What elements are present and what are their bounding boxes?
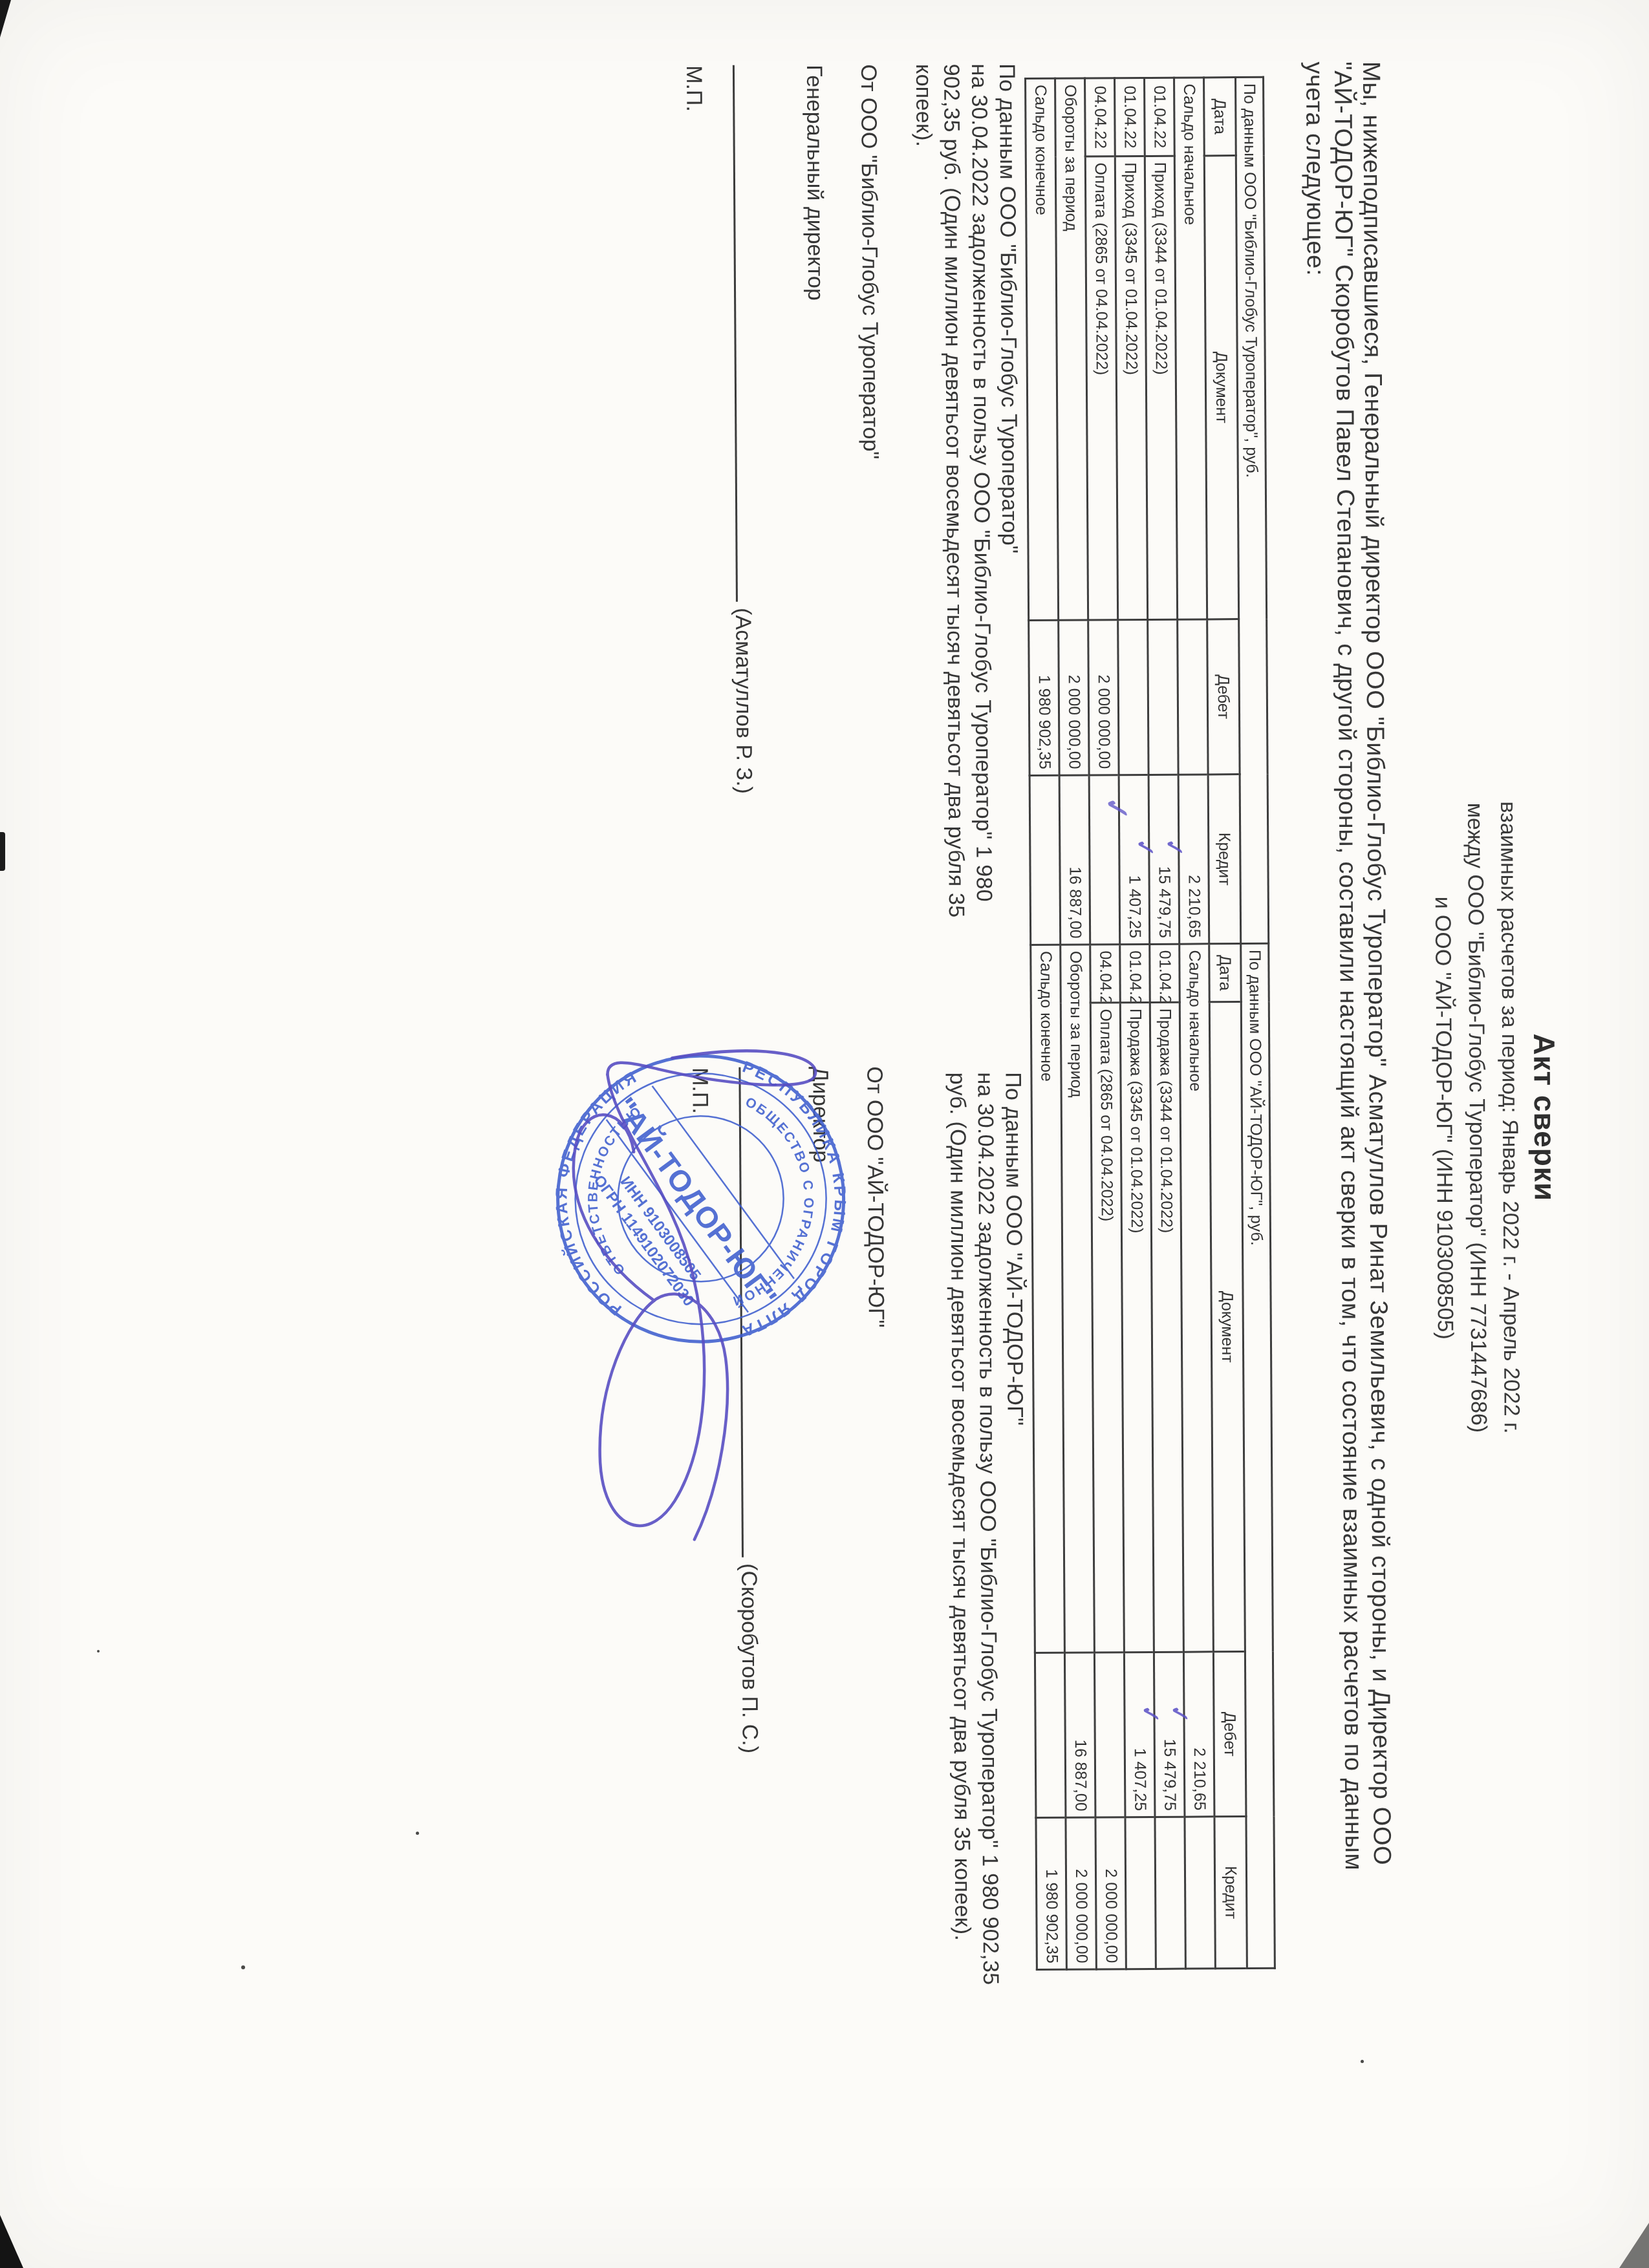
signature-block-right: От ООО "АЙ-ТОДОР-ЮГ" Директор (Скоробуто… — [673, 1066, 893, 2076]
signature-line-left: (Асматуллов Р. З.) — [727, 65, 759, 794]
col-debit-right: Дебет — [1213, 1652, 1246, 1817]
col-debit-left: Дебет — [1207, 619, 1240, 775]
signer-name-right: (Скоробутов П. С.) — [737, 1563, 762, 1753]
scan-artifact-top-left — [0, 0, 11, 37]
signature-line-right: (Скоробутов П. С.) — [733, 1067, 764, 1754]
org-from-left: От ООО "Библио-Глобус Туроператор" — [856, 64, 883, 459]
scan-speck — [1361, 2060, 1364, 2063]
col-credit-left: Кредит — [1208, 775, 1241, 944]
svg-text:РОССИЙСКАЯ ФЕДЕРАЦИЯ: РОССИЙСКАЯ ФЕДЕРАЦИЯ — [552, 1067, 643, 1320]
scan-artifact-edge-mark — [0, 832, 5, 871]
left-org-header: По данным ООО "Библио-Глобус Туроператор… — [1236, 77, 1269, 943]
scan-artifact-bottom-left — [0, 2215, 23, 2268]
check-icon: ✓ — [1135, 1704, 1165, 1724]
svg-text:ОТВЕТСТВЕННОСТЬЮ: ОТВЕТСТВЕННОСТЬЮ — [585, 1103, 647, 1278]
signature-underline — [738, 1067, 763, 1557]
rotated-scan-content: Акт сверки взаимных расчетов за период: … — [0, 0, 1649, 2268]
col-date-left: Дата — [1204, 78, 1236, 156]
document-header: Акт сверки взаимных расчетов за период: … — [1421, 41, 1570, 2194]
stamp-inner-bottom-text: ОТВЕТСТВЕННОСТЬЮ — [585, 1103, 647, 1278]
role-left: Генеральный директор — [801, 65, 828, 301]
conclusion-left: По данным ООО "Библио-Глобус Туроператор… — [909, 63, 1026, 1047]
check-icon: ✓ — [1130, 838, 1160, 857]
scan-artifact-bottom-right — [1619, 2223, 1649, 2268]
document-sheet: Акт сверки взаимных расчетов за период: … — [0, 0, 1649, 2268]
conclusion-right: По данным ООО "АЙ-ТОДОР-ЮГ" на 30.04.202… — [943, 1072, 1033, 2081]
check-icon: ✓ — [1159, 838, 1189, 857]
signature-block-left: От ООО "Библио-Глобус Туроператор" Генер… — [667, 64, 887, 1009]
scan-speck — [241, 1965, 245, 1969]
check-icon: ✓ — [1097, 797, 1136, 821]
signer-name-left: (Асматуллов Р. З.) — [731, 608, 757, 794]
role-right: Директор — [807, 1067, 833, 1162]
col-date-right: Дата — [1209, 944, 1242, 1002]
scan-speck — [97, 1650, 100, 1653]
col-doc-left: Документ — [1204, 156, 1238, 619]
reconciliation-table: По данным ООО "Библио-Глобус Туроператор… — [1024, 76, 1276, 1971]
scanned-page: Акт сверки взаимных расчетов за период: … — [0, 0, 1649, 2268]
col-credit-right: Кредит — [1214, 1817, 1247, 1969]
org-from-right: От ООО "АЙ-ТОДОР-ЮГ" — [861, 1066, 888, 1327]
seal-placeholder-left: М.П. — [681, 65, 706, 112]
check-icon: ✓ — [1164, 1704, 1194, 1724]
intro-paragraph: Мы, нижеподписавшиеся, Генеральный дирек… — [1300, 61, 1398, 2221]
stamp-outer-bottom-text: РОССИЙСКАЯ ФЕДЕРАЦИЯ — [552, 1067, 643, 1320]
signature-underline — [733, 65, 757, 602]
scan-speck — [416, 1832, 419, 1835]
seal-placeholder-right: М.П. — [687, 1067, 712, 1114]
col-doc-right: Документ — [1209, 1002, 1245, 1652]
